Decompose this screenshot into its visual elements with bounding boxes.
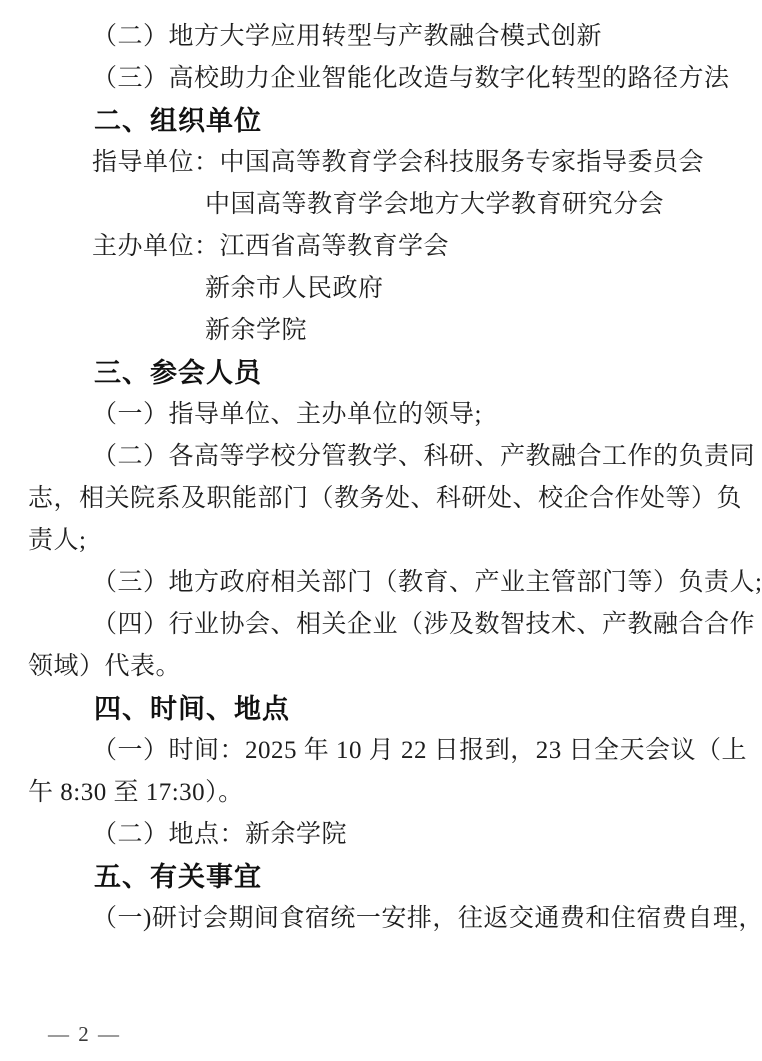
text-line: （二）地点：新余学院 [28, 814, 736, 856]
document-page: （二）地方大学应用转型与产教融合模式创新（三）高校助力企业智能化改造与数字化转型… [0, 0, 762, 1061]
document-body: （二）地方大学应用转型与产教融合模式创新（三）高校助力企业智能化改造与数字化转型… [28, 16, 736, 940]
text-line: （一）时间：2025 年 10 月 22 日报到，23 日全天会议（上 [28, 730, 736, 772]
text-line: （一）指导单位、主办单位的领导; [28, 394, 736, 436]
text-line: 中国高等教育学会地方大学教育研究分会 [28, 184, 736, 226]
page-number: — 2 — [48, 1022, 121, 1047]
text-line: 志，相关院系及职能部门（教务处、科研处、校企合作处等）负 [28, 478, 736, 520]
text-line: （三）高校助力企业智能化改造与数字化转型的路径方法 [28, 58, 736, 100]
text-line: （二）地方大学应用转型与产教融合模式创新 [28, 16, 736, 58]
text-line: （三）地方政府相关部门（教育、产业主管部门等）负责人; [28, 562, 736, 604]
text-line: 领域）代表。 [28, 646, 736, 688]
text-line: （四）行业协会、相关企业（涉及数智技术、产教融合合作 [28, 604, 736, 646]
text-line: 午 8:30 至 17:30）。 [28, 772, 736, 814]
text-line: （二）各高等学校分管教学、科研、产教融合工作的负责同 [28, 436, 736, 478]
text-line: 主办单位：江西省高等教育学会 [28, 226, 736, 268]
text-line: 新余市人民政府 [28, 268, 736, 310]
text-line: 新余学院 [28, 310, 736, 352]
section-heading: 三、参会人员 [28, 352, 736, 394]
text-line: 指导单位：中国高等教育学会科技服务专家指导委员会 [28, 142, 736, 184]
text-line: 责人; [28, 520, 736, 562]
text-line: （一)研讨会期间食宿统一安排，往返交通费和住宿费自理， [28, 898, 736, 940]
section-heading: 四、时间、地点 [28, 688, 736, 730]
section-heading: 二、组织单位 [28, 100, 736, 142]
section-heading: 五、有关事宜 [28, 856, 736, 898]
